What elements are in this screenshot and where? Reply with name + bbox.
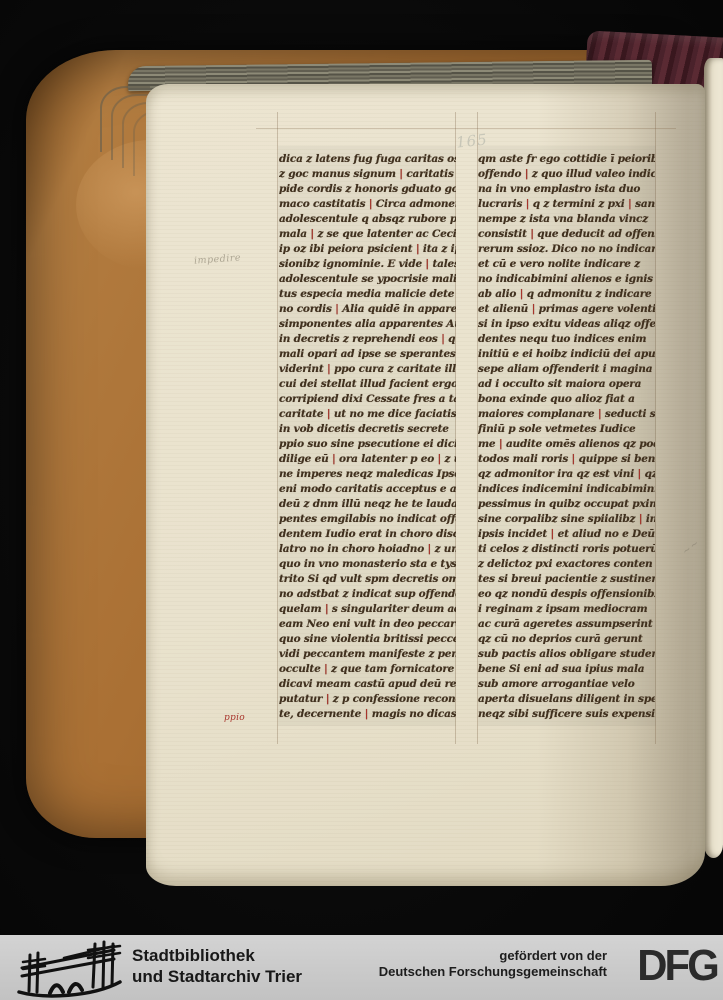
manuscript-text-line: eo qz nondū despis offensionibz [478, 587, 655, 602]
manuscript-text-line: quelam | s singulariter deum ad salute [279, 602, 456, 617]
manuscript-text-line: mala | z se que latenter ac Cecidiqz [279, 227, 456, 242]
manuscript-text-line: cui dei stellat illud facient ergo [279, 377, 456, 392]
manuscript-text-line: todos mali roris | quippe si bene [478, 452, 655, 467]
manuscript-text-line: sub amore arrogantiae velo [478, 677, 655, 692]
manuscript-text-line: viderint | ppo cura z caritate illos [279, 362, 456, 377]
manuscript-text-line: tes si breui pacientie z sustinent | [478, 572, 655, 587]
manuscript-text-line: adolescentule q absqz rubore pertinēt [279, 212, 456, 227]
manuscript-text-line: neqz sibi sufficere suis expensis [478, 707, 655, 722]
manuscript-text-line: bene Si eni ad sua ipius mala [478, 662, 655, 677]
manuscript-text-line: no adstbat z indicat sup offendente [279, 587, 456, 602]
facing-page-sliver [704, 58, 723, 858]
manuscript-text-line: i reginam z ipsam mediocram [478, 602, 655, 617]
manuscript-text-line: qz cū no deprios curā gerunt [478, 632, 655, 647]
manuscript-text-line: sub pactis alios obligare student [478, 647, 655, 662]
manuscript-text-line: ti celos z distincti roris potuerūt [478, 542, 655, 557]
manuscript-text-line: corripiend dixi Cessate fres a tali [279, 392, 456, 407]
manuscript-text-line: caritate | ut no me dice faciatis [279, 407, 456, 422]
manuscript-text-line: z delictoz pxi exactores conten [478, 557, 655, 572]
marginal-note-impedire: impedire [194, 252, 242, 266]
manuscript-text-line: no indicabimini alienos e ignis [478, 272, 655, 287]
manuscript-text-line: dilige eū | ora latenter p eo | z unū [279, 452, 456, 467]
manuscript-text-line: offendo | z quo illud valeo indicare [478, 167, 655, 182]
manuscript-text-line: lucraris | q z termini z pxi | sanas [478, 197, 655, 212]
manuscript-text-line: no cordis | Alia quidē in apparentia [279, 302, 456, 317]
manuscript-text-line: pessimus in quibz occupat pximū [478, 497, 655, 512]
manuscript-text-line: aperta disuelans diligent in spexit [478, 692, 655, 707]
library-name-line1: Stadtbibliothek [132, 945, 302, 966]
manuscript-text-line: maiores complanare | seducti sunt [478, 407, 655, 422]
manuscript-text-line: quo in vno monasterio sta e tystini [279, 557, 456, 572]
library-logo-porta-nigra-icon [16, 937, 124, 999]
manuscript-text-line: ab alio | q admonitu z indicare det [478, 287, 655, 302]
manuscript-text-line: te, decernente | magis no dicas a deo [279, 707, 456, 722]
red-marginal-note: ppio [224, 713, 245, 723]
funding-line1: gefördert von der [379, 948, 607, 964]
manuscript-text-line: rerum ssioz. Dico no no indicare [478, 242, 655, 257]
manuscript-text-line: pentes emgilabis no indicat offen [279, 512, 456, 527]
manuscript-text-line: deū z dnm illū neqz he te laudat z [279, 497, 456, 512]
manuscript-text-line: in vob dicetis decretis secrete [279, 422, 456, 437]
manuscript-text-line: me | audite omēs alienos qz pod [478, 437, 655, 452]
manuscript-text-line: nempe z ista vna blanda vincz [478, 212, 655, 227]
manuscript-text-line: vidi peccantem manifeste z penitente [279, 647, 456, 662]
dfg-logo: DFG [637, 941, 717, 991]
text-column-2: qm aste fr ego cottidie ī peioribzoffend… [478, 152, 655, 722]
manuscript-text-line: bona exinde quo alioz fiat a [478, 392, 655, 407]
manuscript-text-line: consistit | que deducit ad offensionē [478, 227, 655, 242]
manuscript-text-line: eni modo caritatis acceptus e ap [279, 482, 456, 497]
manuscript-text-line: qz admonitor ira qz est vini | qz i quo [478, 467, 655, 482]
folio-number: 165 [455, 130, 488, 151]
manuscript-text-line: ac curā ageretes assumpserint | [478, 617, 655, 632]
manuscript-text-line: in decretis z reprehendi eos | q [279, 332, 456, 347]
manuscript-text-line: eam Neo eni vult in deo peccare [279, 617, 456, 632]
manuscript-text-line: adolescentule se ypocrisie malignita [279, 272, 456, 287]
manuscript-text-line: trito Si qd vult spm decretis omne | [279, 572, 456, 587]
text-column-1: dica z latens fug fuga caritas osimiaez … [279, 152, 456, 722]
manuscript-text-line: ipsis incidet | et aliud no e Deū [478, 527, 655, 542]
library-name-line2: und Stadtarchiv Trier [132, 966, 302, 987]
manuscript-text-line: tus especia media malicie dete [279, 287, 456, 302]
manuscript-text-line: pide cordis z honoris gduato goc [279, 182, 456, 197]
manuscript-text-line: na in vno emplastro ista duo [478, 182, 655, 197]
manuscript-text-line: latro no in choro hoiadno | z uniqz [279, 542, 456, 557]
funding-line2: Deutschen Forschungsgemeinschaft [379, 964, 607, 980]
manuscript-text-line: dicavi meam castū apud deū re [279, 677, 456, 692]
manuscript-text-line: initiū e ei hoibz indiciū dei apu [478, 347, 655, 362]
manuscript-text-line: z goc manus signum | caritatis ypochr [279, 167, 456, 182]
manuscript-text-line: ip oz ibi peiora psicient | ita z ipsas [279, 242, 456, 257]
manuscript-text-line: ad i occulto sit maiora opera [478, 377, 655, 392]
manuscript-text-line: simponentes alia apparentes Audi [279, 317, 456, 332]
manuscript-text-line: finiū p sole vetmetes Iudice [478, 422, 655, 437]
manuscript-text-line: occulte | z que tam fornicatore in [279, 662, 456, 677]
manuscript-text-line: putatur | z p confessione reconciliatur [279, 692, 456, 707]
manuscript-page: 165 impedire ppio ~~ dica z latens fug f… [146, 84, 705, 886]
library-name: Stadtbibliothek und Stadtarchiv Trier [132, 945, 302, 987]
footer-bar: Stadtbibliothek und Stadtarchiv Trier ge… [0, 935, 723, 1000]
manuscript-text-line: ppio suo sine psecutione ei dicit [279, 437, 456, 452]
manuscript-text-line: et alienū | primas agere volentibz | [478, 302, 655, 317]
digitized-manuscript-photo: 165 impedire ppio ~~ dica z latens fug f… [0, 0, 723, 1000]
manuscript-text-line: quo sine violentia britissi peccems [279, 632, 456, 647]
ruling-line-horizontal [256, 128, 676, 129]
gutter-pencil-note: ~~ [681, 537, 703, 557]
manuscript-text-line: dentem Iudio erat in choro discipulor | [279, 527, 456, 542]
manuscript-text-line: dentes nequ tuo indices enim [478, 332, 655, 347]
manuscript-text-line: et cū e vero nolite indicare z [478, 257, 655, 272]
manuscript-text-line: si in ipso exitu videas aliqz offen [478, 317, 655, 332]
funding-credit: gefördert von der Deutschen Forschungsge… [379, 948, 607, 979]
manuscript-text-line: sionibz ignominie. E vide | tales hypo [279, 257, 456, 272]
manuscript-text-line: qm aste fr ego cottidie ī peioribz [478, 152, 655, 167]
manuscript-text-line: mali opari ad ipse se sperantes [279, 347, 456, 362]
manuscript-text-line: ne imperes neqz maledicas Ipse [279, 467, 456, 482]
manuscript-text-line: sine corpalibz sine spiialibz | in [478, 512, 655, 527]
manuscript-text-line: dica z latens fug fuga caritas osimiae [279, 152, 456, 167]
manuscript-text-line: indices indicemini indicabimini [478, 482, 655, 497]
manuscript-text-line: sepe aliam offenderit i magina [478, 362, 655, 377]
manuscript-text-line: maco castitatis | Circa admonendi sunt [279, 197, 456, 212]
